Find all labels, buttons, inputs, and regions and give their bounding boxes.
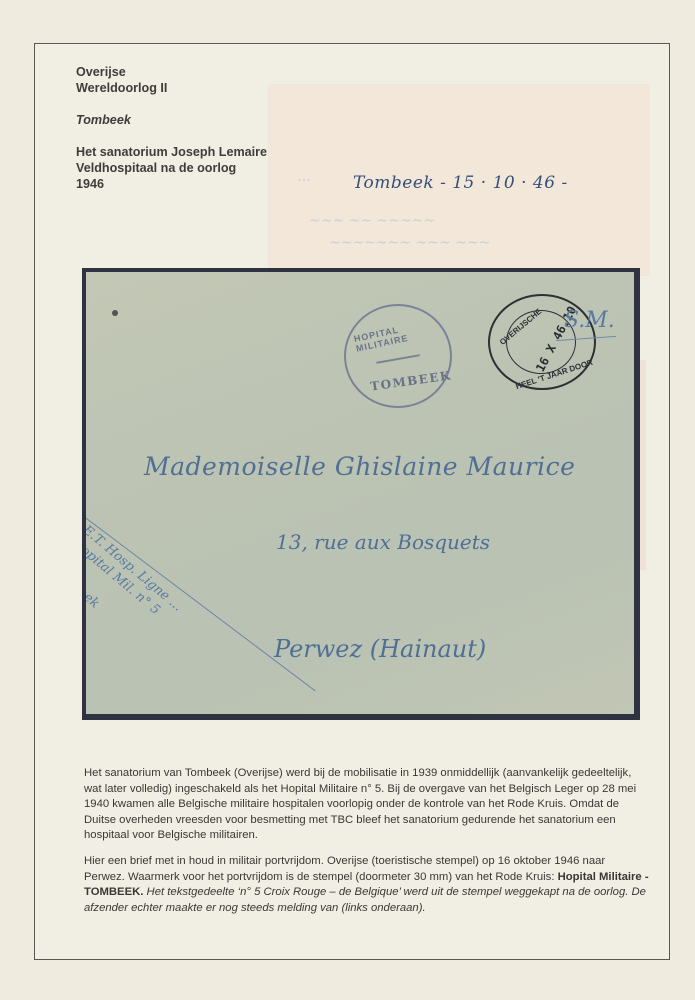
sender-note: E.T. Hosp. Ligne ... Hopital Mil. n° 5 à… (86, 522, 266, 714)
location-label: Overijse (76, 64, 296, 80)
letter-bleedthrough: ~~~~~~~ ~~~ ~~~ (329, 235, 490, 251)
red-cross-hospital-stamp: HOPITAL MILITAIRE TOMBEEK (344, 304, 452, 408)
page-header: Overijse Wereldoorlog II Tombeek Het san… (76, 64, 296, 192)
stamp-bottom-text: TOMBEEK (369, 368, 452, 393)
letter-date-handwriting: Tombeek - 15 · 10 · 46 - (353, 173, 568, 193)
addressee-city: Perwez (Hainaut) (274, 635, 486, 663)
stamp-top-text: HOPITAL MILITAIRE (353, 314, 451, 354)
letter-sheet: … Tombeek - 15 · 10 · 46 - ~~~ ~~ ~~~~~ … (269, 85, 649, 275)
para2-text: Hier een brief met in houd in militair p… (84, 855, 605, 883)
description-paragraph-1: Het sanatorium van Tombeek (Overijse) we… (84, 766, 649, 844)
letter-bleedthrough: ~~~ ~~ ~~~~~ (309, 213, 435, 229)
addressee-street: 13, rue aux Bosquets (276, 530, 490, 554)
letter-bleedthrough: … (297, 169, 311, 185)
subtitle: Tombeek (76, 112, 296, 128)
addressee-name: Mademoiselle Ghislaine Maurice (144, 452, 575, 481)
envelope: HOPITAL MILITAIRE TOMBEEK OVERIJSCHE 16 … (86, 272, 634, 714)
title-line-1: Het sanatorium Joseph Lemaire (76, 144, 296, 160)
year-label: 1946 (76, 176, 296, 192)
title-line-2: Veldhospitaal na de oorlog (76, 160, 296, 176)
punch-hole (112, 310, 118, 316)
handwritten-mark: S.M. (564, 308, 615, 333)
description-paragraph-2: Hier een brief met in houd in militair p… (84, 854, 649, 916)
description: Het sanatorium van Tombeek (Overijse) we… (84, 766, 649, 926)
para2-italic: Het tekstgedeelte ‘n° 5 Croix Rouge – de… (84, 886, 646, 914)
period-label: Wereldoorlog II (76, 80, 296, 96)
